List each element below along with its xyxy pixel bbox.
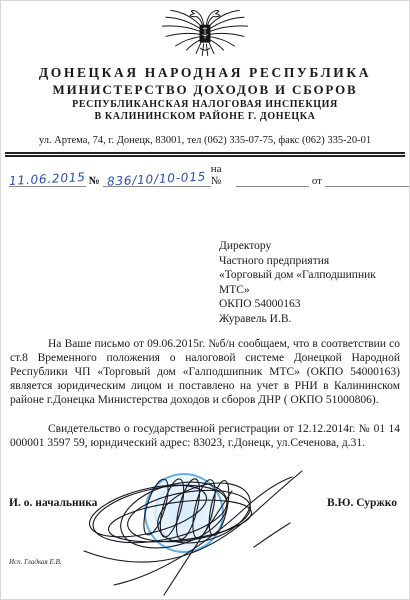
letterhead-district: В КАЛИНИНСКОМ РАЙОНЕ Г. ДОНЕЦКА (1, 111, 409, 122)
signature-scribble (56, 453, 316, 598)
outgoing-number-field: 836/10/10-015 (103, 172, 211, 187)
addressee-line: Журавель И.В. (219, 312, 409, 327)
incoming-na-label: на № (211, 163, 233, 187)
number-sign: № (86, 175, 103, 187)
addressee-line: Частного предприятия (219, 254, 409, 269)
handwritten-date: 11.06.2015 (9, 170, 86, 188)
letterhead-address-line: ул. Артема, 74, г. Донецк, 83001, тел (0… (1, 135, 409, 146)
letterhead-inspection: РЕСПУБЛИКАНСКАЯ НАЛОГОВАЯ ИНСПЕКЦИЯ (1, 99, 409, 110)
handwritten-number: 836/10/10-015 (107, 169, 207, 188)
letterhead-ministry: МИНИСТЕРСТВО ДОХОДОВ И СБОРОВ (1, 82, 409, 98)
incoming-number-blank (236, 186, 309, 187)
outgoing-reference: 11.06.2015 № 836/10/10-015 (9, 172, 211, 187)
scanned-letter-page: ДОНЕЦКАЯ НАРОДНАЯ РЕСПУБЛИКА МИНИСТЕРСТВ… (0, 0, 410, 600)
incoming-ot-label: от (312, 175, 322, 187)
body-paragraph-2: Свидетельство о государственной регистра… (10, 422, 400, 450)
incoming-reference: на № от (211, 163, 410, 187)
addressee-line: «Торговый дом «Галподшипник МТС» (219, 268, 409, 297)
signer-name: В.Ю. Суржко (327, 497, 397, 509)
dnr-eagle-emblem-icon (157, 4, 253, 62)
addressee-line: Директору (219, 239, 409, 254)
reference-line: 11.06.2015 № 836/10/10-015 на № от (9, 163, 401, 187)
addressee-line: ОКПО 54000163 (219, 297, 409, 312)
double-rule-divider (5, 152, 405, 157)
executor-note: Исп. Гладкая Е.В. (9, 558, 62, 566)
body-paragraph-1: На Ваше письмо от 09.06.2015г. №б/н сооб… (10, 337, 400, 407)
addressee-block: Директору Частного предприятия «Торговый… (219, 239, 409, 327)
incoming-date-blank (325, 186, 410, 187)
outgoing-date-field: 11.06.2015 (9, 172, 86, 187)
letterhead-country: ДОНЕЦКАЯ НАРОДНАЯ РЕСПУБЛИКА (1, 65, 409, 81)
